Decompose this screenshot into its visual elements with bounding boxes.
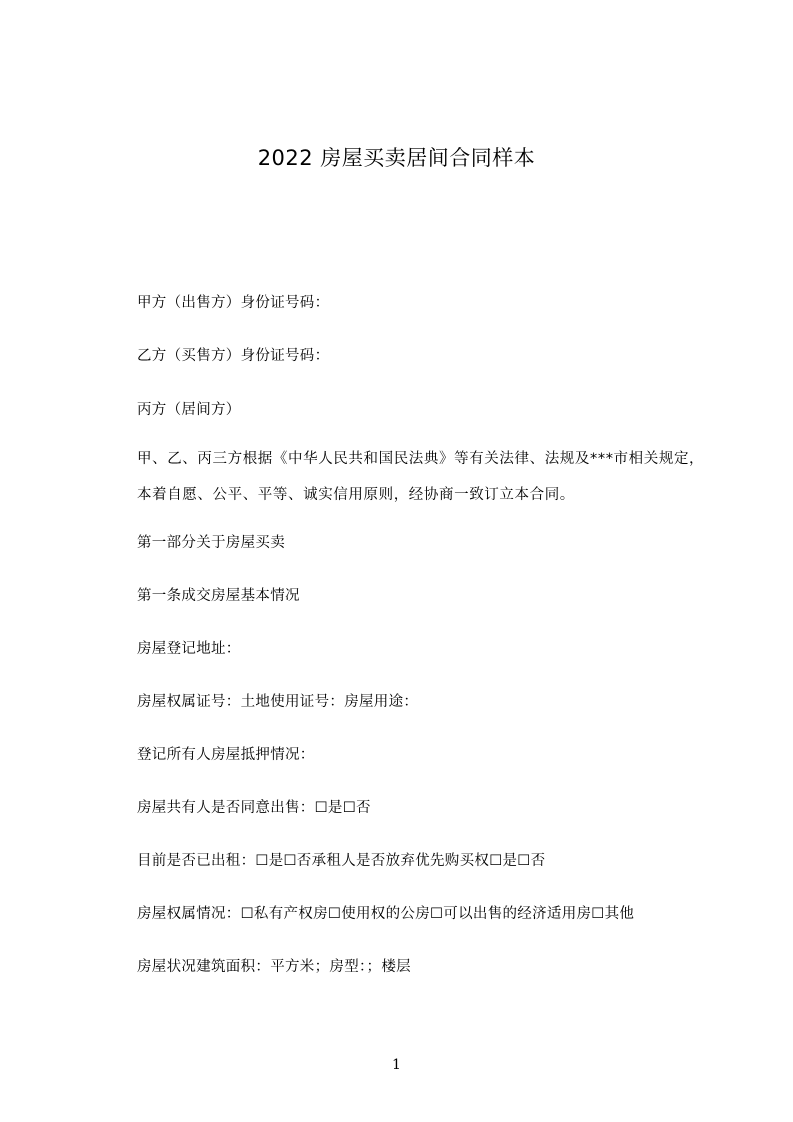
- property-address: 房屋登记地址：: [137, 638, 241, 660]
- document-title: 2022 房屋买卖居间合同样本: [0, 143, 793, 173]
- party-c: 丙方（居间方）: [137, 399, 241, 421]
- property-condition: 房屋状况建筑面积：平方米；房型：；楼层: [137, 956, 411, 978]
- party-a-id: 甲方（出售方）身份证号码：: [137, 292, 329, 314]
- ownership-type: 房屋权属情况：☐私有产权房☐使用权的公房☐可以出售的经济适用房☐其他: [137, 903, 634, 925]
- party-b-id: 乙方（买售方）身份证号码：: [137, 345, 329, 367]
- article-heading: 第一条成交房屋基本情况: [137, 585, 300, 607]
- mortgage-status: 登记所有人房屋抵押情况：: [137, 744, 315, 766]
- preamble-paragraph: 甲、乙、丙三方根据《中华人民共和国民法典》等有关法律、法规及***市相关规定，本…: [97, 441, 717, 513]
- co-owner-consent: 房屋共有人是否同意出售：☐是☐否: [137, 797, 371, 819]
- rental-status: 目前是否已出租：☐是☐否承租人是否放弃优先购买权☐是☐否: [137, 850, 545, 872]
- property-certificates: 房屋权属证号：土地使用证号：房屋用途：: [137, 691, 418, 713]
- preamble-text: 甲、乙、丙三方根据《中华人民共和国民法典》等有关法律、法规及***市相关规定，本…: [97, 441, 717, 513]
- page-number: 1: [0, 1055, 793, 1075]
- section-heading: 第一部分关于房屋买卖: [137, 532, 285, 554]
